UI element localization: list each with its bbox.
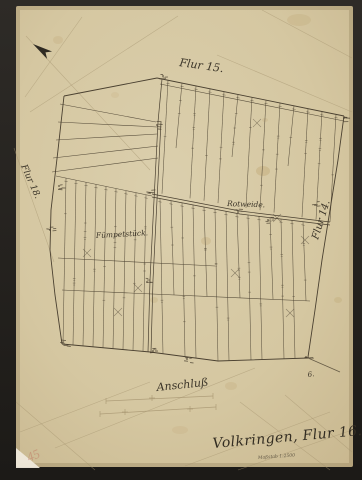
parcel-number-6: 6. bbox=[307, 370, 315, 379]
label-field-rotweide: Rotweide. bbox=[226, 199, 265, 209]
cadastral-map-canvas: Flur 15. Flur 14. Flur 18. Rotweide. Füm… bbox=[0, 0, 362, 480]
scanned-map-page: Flur 15. Flur 14. Flur 18. Rotweide. Füm… bbox=[0, 0, 362, 480]
paper-sheet bbox=[16, 6, 353, 467]
